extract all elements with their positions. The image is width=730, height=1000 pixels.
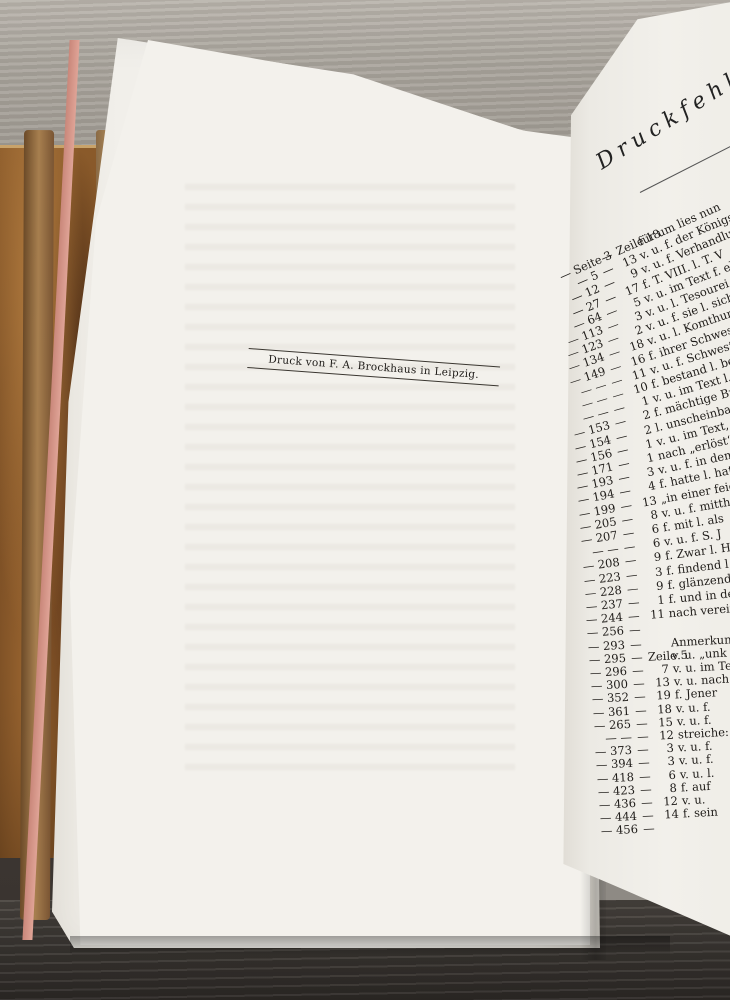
errata-line xyxy=(660,831,680,832)
errata-line xyxy=(646,632,666,633)
errata-page: — 456 xyxy=(597,822,638,838)
book-photo: Druck von F. A. Brockhaus in Leipzig. Dr… xyxy=(0,0,730,1000)
errata-dash: — xyxy=(637,821,660,836)
errata-text: f. sein xyxy=(682,805,718,821)
page-shadow xyxy=(70,936,670,956)
errata-line xyxy=(647,646,667,647)
show-through-text xyxy=(185,170,515,770)
errata-dash: — xyxy=(624,622,647,637)
